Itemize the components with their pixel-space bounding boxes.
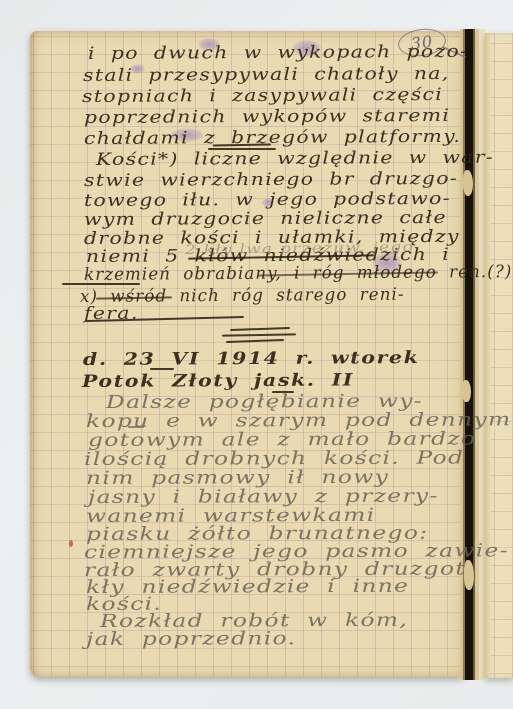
pencil-underline: [128, 426, 144, 428]
torn-paper-bit: [463, 170, 473, 196]
next-page-grid: [490, 33, 513, 678]
scanned-notebook-photo: 30 i po dwuch w wykopach pozo- stali prz…: [0, 0, 513, 709]
underline-mark: [150, 368, 174, 370]
ink-line: stwie wierzchniego br druzgo-: [84, 169, 458, 191]
footnote-separator: [62, 283, 140, 285]
site-heading: Potok Złoty jask. II: [82, 370, 354, 392]
next-page-edge: [485, 33, 513, 678]
ink-line: i po dwuch w wykopach pozo-: [88, 42, 468, 64]
torn-paper-bit: [462, 380, 471, 402]
ink-line: stopniach i zasypywali części: [82, 85, 443, 107]
date-heading: d. 23 VI 1914 r. wtorek: [83, 348, 420, 370]
ink-line: stali przesypywali chatoły na,: [83, 64, 450, 86]
ink-line: Kości*) liczne względnie w war-: [96, 148, 494, 170]
ink-line: poprzednich wykopów staremi: [84, 106, 450, 128]
pencil-line: jak poprzednio.: [86, 628, 296, 650]
ink-line: chałdami z brzegów platformy.: [84, 127, 461, 149]
red-margin-mark: [69, 540, 73, 547]
